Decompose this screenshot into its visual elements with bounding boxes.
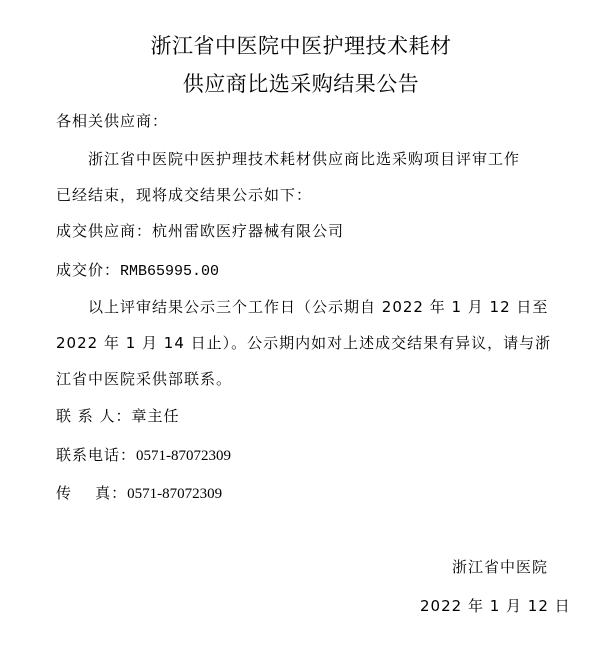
supplier-label: 成交供应商：: [56, 222, 152, 240]
fax-label: 传 真：: [56, 484, 127, 502]
signature-organization: 浙江省中医院: [452, 556, 548, 577]
supplier-value: 杭州雷欧医疗器械有限公司: [152, 222, 344, 240]
fax-row: 传 真：0571-87072309: [56, 482, 222, 503]
paragraph-2-line-3: 江省中医院采供部联系。: [56, 368, 232, 389]
paragraph-2-line-2: 2022 年 1 月 14 日止）。公示期内如对上述成交结果有异议，请与浙: [56, 332, 551, 353]
paragraph-2-line-1: 以上评审结果公示三个工作日（公示期自 2022 年 1 月 12 日至: [88, 296, 548, 317]
paragraph-1-line-1: 浙江省中医院中医护理技术耗材供应商比选采购项目评审工作: [88, 148, 520, 169]
supplier-row: 成交供应商：杭州雷欧医疗器械有限公司: [56, 220, 344, 241]
contact-label: 联 系 人：: [56, 407, 132, 425]
paragraph-1-line-2: 已经结束，现将成交结果公示如下：: [56, 184, 312, 205]
phone-value: 0571-87072309: [136, 448, 231, 464]
fax-value: 0571-87072309: [127, 486, 222, 502]
phone-label: 联系电话：: [56, 446, 136, 464]
price-row: 成交价：RMB65995.00: [56, 259, 219, 280]
contact-row: 联 系 人：章主任: [56, 405, 180, 426]
price-label: 成交价：: [56, 261, 120, 279]
signature-date: 2022 年 1 月 12 日: [420, 595, 571, 616]
title-line-2: 供应商比选采购结果公告: [0, 68, 602, 98]
contact-value: 章主任: [132, 407, 180, 425]
phone-row: 联系电话：0571-87072309: [56, 444, 231, 465]
salutation: 各相关供应商：: [56, 110, 168, 131]
title-line-1: 浙江省中医院中医护理技术耗材: [0, 30, 602, 60]
price-value: RMB65995.00: [120, 263, 219, 280]
